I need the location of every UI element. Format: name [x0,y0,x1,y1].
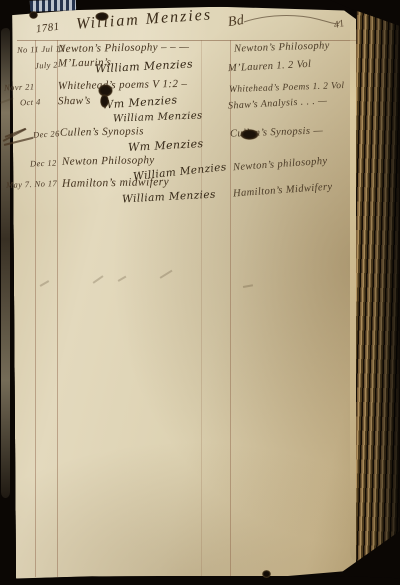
entry-title: Shaw’s [58,96,91,108]
ink-blot [240,129,259,140]
entry-title: Hamilton’s midwifery [62,177,169,190]
bottom-frame-shadow [0,576,400,585]
entry-date: Novr 21 [4,82,35,92]
entry-title: Cullen’s Synopsis [60,126,144,138]
column-rule-1 [35,40,36,577]
ink-blot [29,11,38,19]
book-fore-edge [356,8,400,574]
register-cloth-band [30,0,76,12]
entry-date: May 7. No 17 [6,179,57,189]
pen-flourish [242,12,342,28]
entry-date: July 2 [35,60,58,70]
entry-title: Whitehead’s poems V 1:2 – [58,79,188,92]
entry-title: Newton’s Philosophy – – — [58,42,190,55]
entry-date: Oct 4 [20,98,41,107]
entry-title: Newton Philosophy [62,155,155,168]
column-rule-2 [57,40,58,577]
entry-date: Dec 12 [30,159,57,168]
column-rule-4 [230,40,231,577]
photographed-ledger-page: 1781 William Menzies Bd 41 No 11 Jul 12 … [0,0,400,585]
wormhole-spot [262,570,271,578]
ink-blot [95,12,109,21]
entry-date: Dec 26 [33,129,60,139]
